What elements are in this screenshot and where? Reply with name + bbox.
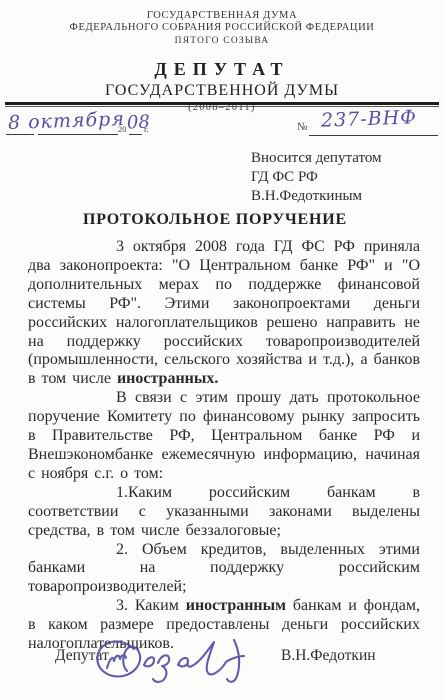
role-subtitle: ГОСУДАРСТВЕННОЙ ДУМЫ	[0, 82, 444, 101]
handwritten-number: 237-ВНФ	[321, 106, 418, 131]
date-underline	[38, 134, 118, 135]
paragraph-item-1: 1.Каким российским банкам в соответствии…	[28, 484, 420, 541]
paragraph-text: 3 октября 2008 года ГД ФС РФ приняла два…	[28, 238, 420, 387]
paragraph-item-2: 2. Объем кредитов, выделенных этими банк…	[28, 541, 420, 598]
submitted-by-line: ГД ФС РФ	[251, 168, 382, 187]
number-underline	[309, 135, 438, 136]
signer-name: В.Н.Федоткин	[281, 647, 376, 665]
convocation: ПЯТОГО СОЗЫВА	[0, 36, 444, 47]
paragraph-text: 3. Каким	[116, 597, 186, 614]
role-title: ДЕПУТАТ	[0, 59, 444, 80]
year-suffix-printed: г.	[144, 124, 149, 134]
paragraph-text-bold: иностранных.	[117, 370, 218, 387]
paragraph-request: В связи с этим прошу дать протокольное п…	[28, 389, 420, 484]
paragraph-text-bold: иностранным	[186, 597, 286, 614]
year-prefix-printed: 20	[118, 124, 127, 134]
document-page: ГОСУДАРСТВЕННАЯ ДУМА ФЕДЕРАЛЬНОГО СОБРАН…	[0, 0, 444, 700]
document-title: ПРОТОКОЛЬНОЕ ПОРУЧЕНИЕ	[0, 211, 430, 229]
submitted-by-block: Вносится депутатом ГД ФС РФ В.Н.Федоткин…	[251, 149, 382, 206]
number-sign: №	[297, 121, 308, 133]
org-parent: ФЕДЕРАЛЬНОГО СОБРАНИЯ РОССИЙСКОЙ ФЕДЕРАЦ…	[0, 22, 444, 34]
header-rule-thick	[5, 102, 439, 105]
handwritten-signature	[92, 632, 270, 688]
letterhead: ГОСУДАРСТВЕННАЯ ДУМА ФЕДЕРАЛЬНОГО СОБРАН…	[0, 10, 444, 114]
paragraph-intro: 3 октября 2008 года ГД ФС РФ приняла два…	[28, 238, 420, 389]
date-underline	[6, 134, 34, 135]
handwritten-date: 8 октября	[8, 108, 126, 134]
document-body: 3 октября 2008 года ГД ФС РФ приняла два…	[28, 238, 420, 654]
submitted-by-line: Вносится депутатом	[251, 149, 382, 168]
org-name: ГОСУДАРСТВЕННАЯ ДУМА	[0, 10, 444, 22]
date-underline	[129, 134, 142, 135]
submitted-by-line: В.Н.Федоткиным	[251, 187, 382, 206]
